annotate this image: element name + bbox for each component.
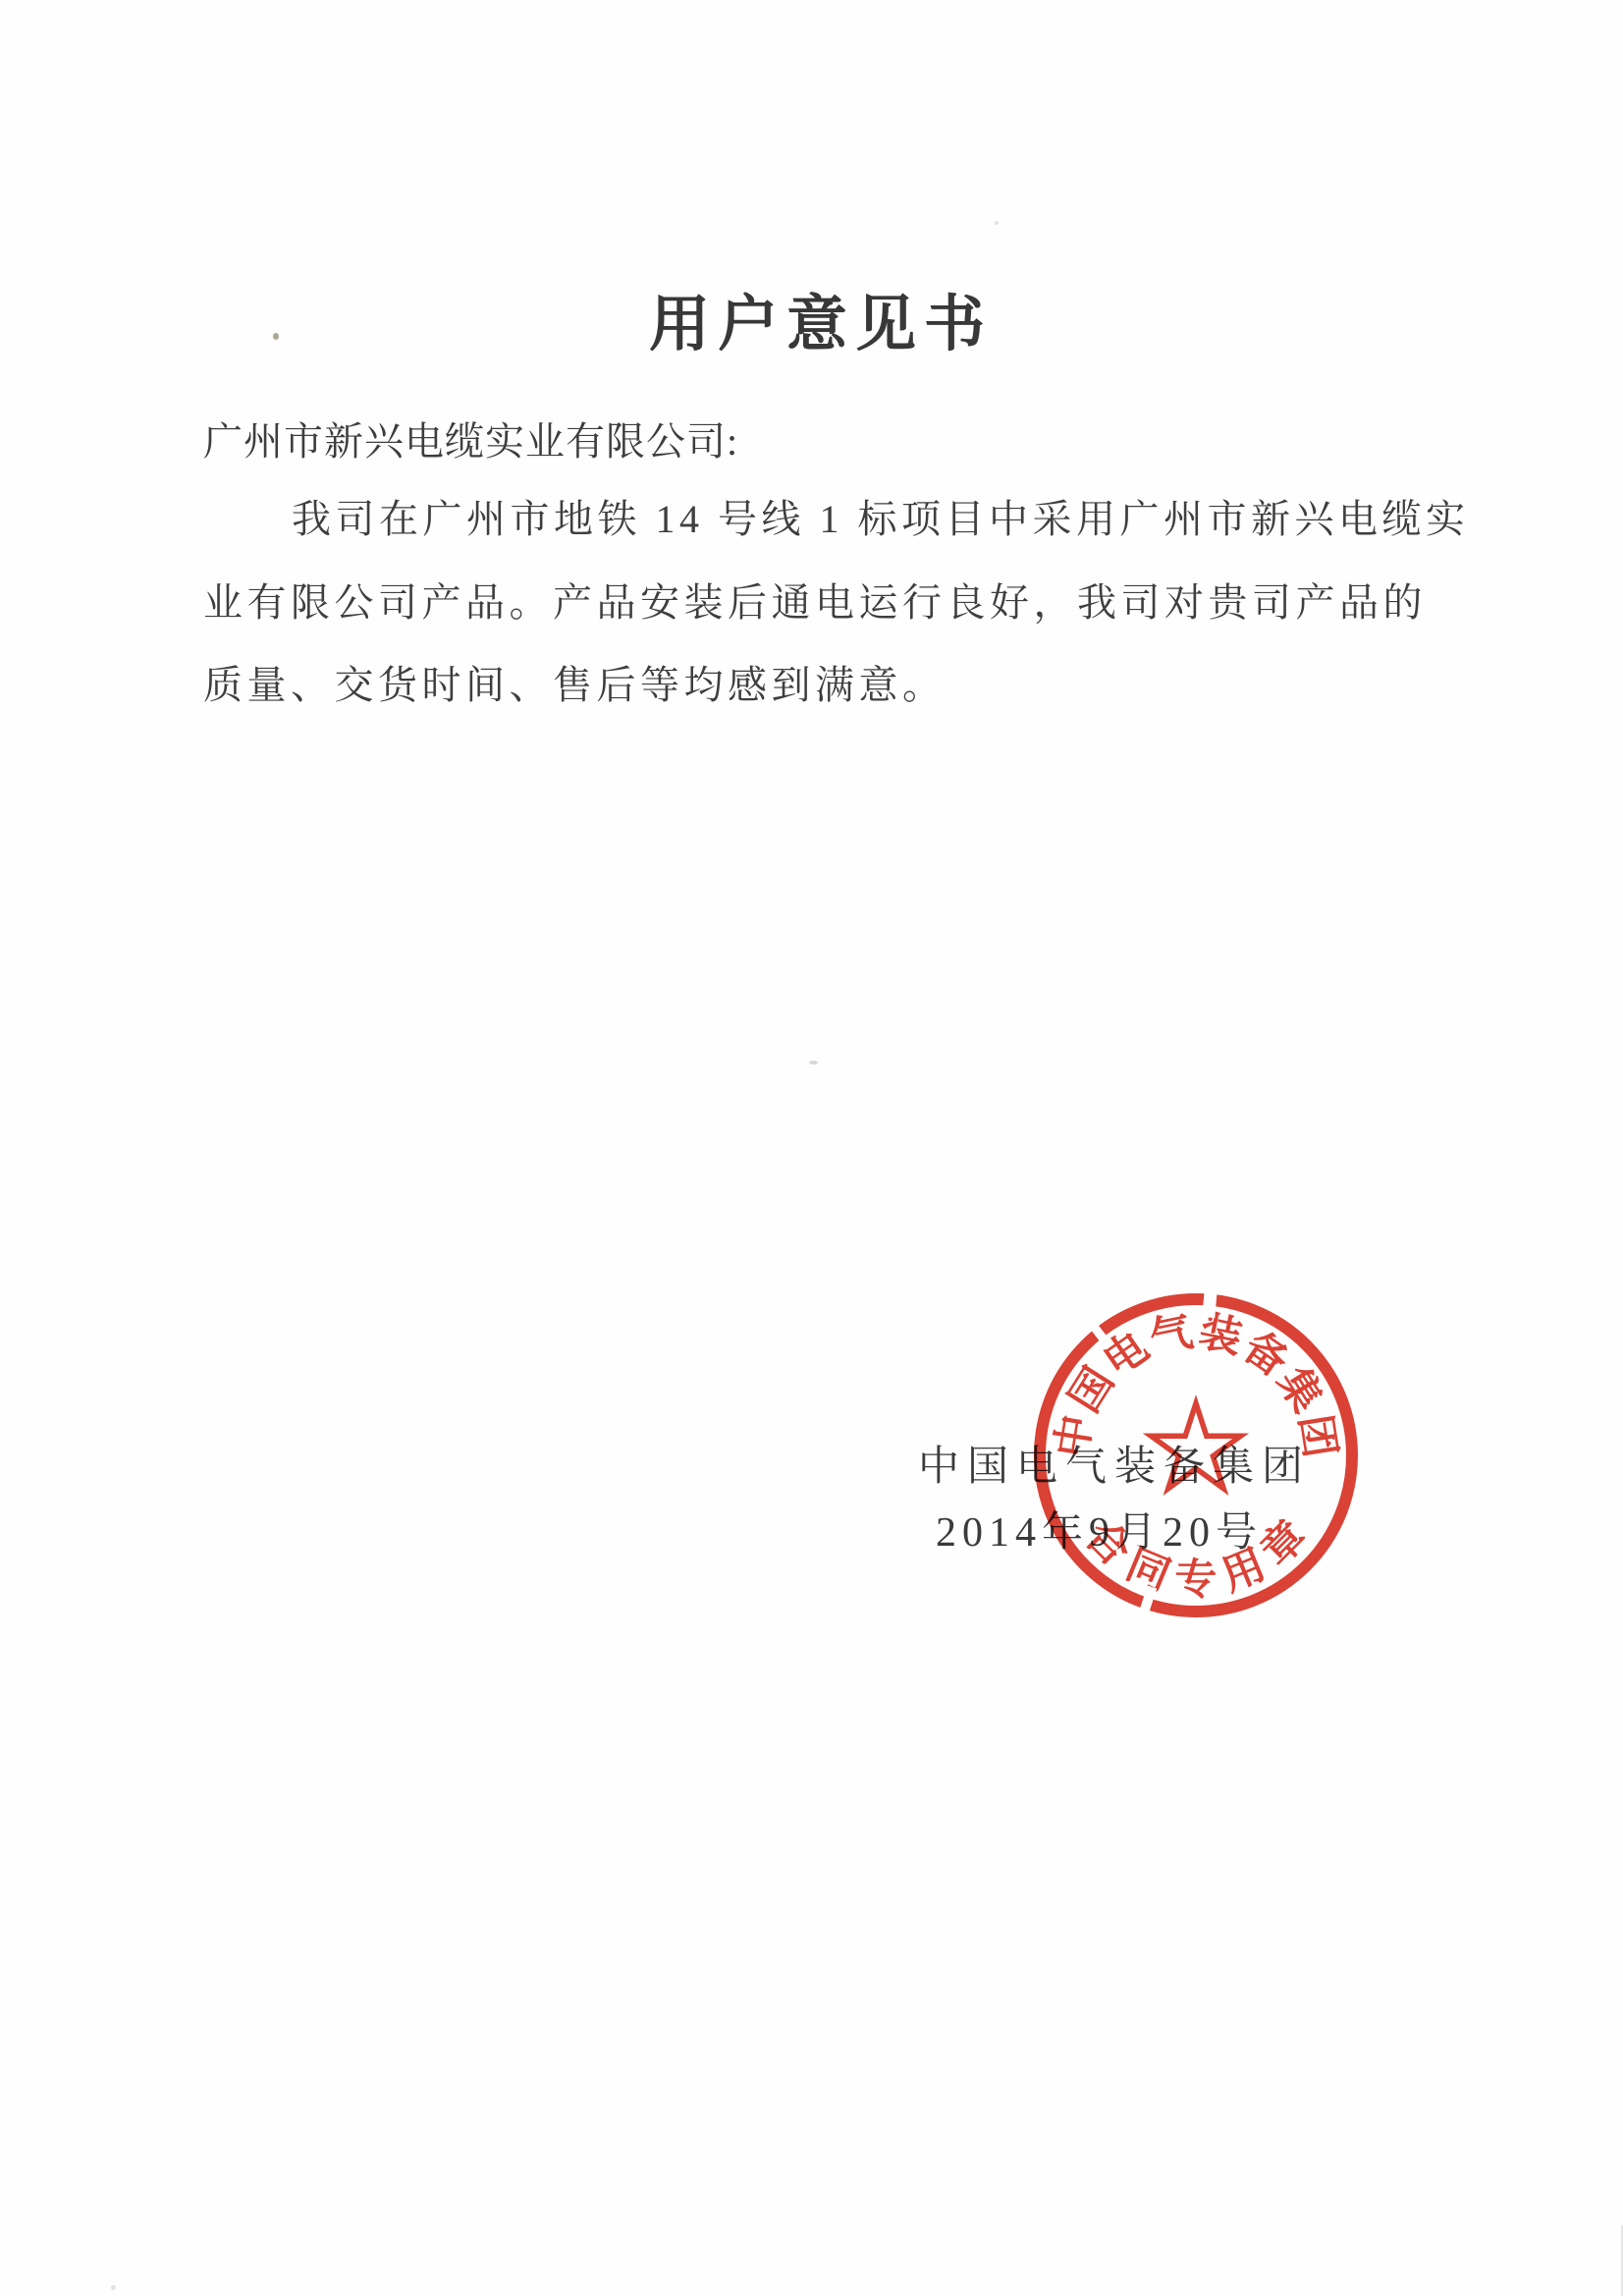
star-icon [1151,1403,1240,1489]
stamp-arc-char: 团 [1290,1410,1342,1462]
company-seal-stamp: 中国电气装备集团 合同专用章 [1000,1259,1392,1652]
scan-speck [273,333,279,340]
scan-speck [809,1061,818,1065]
letter-body: 我司在广州市地铁 14 号线 1 标项目中采用广州市新兴电缆实 业有限公司产品。… [203,499,1470,748]
stamp-arc-char: 专 [1173,1558,1218,1604]
body-line-3: 质量、交货时间、售后等均感到满意。 [203,665,1470,748]
stamp-arc-char: 气 [1145,1309,1198,1362]
scan-speck [995,221,999,225]
scan-speck [111,2285,116,2290]
body-line-2: 业有限公司产品。产品安装后通电运行良好，我司对贵司产品的 [203,582,1470,666]
addressee-line: 广州市新兴电缆实业有限公司: [203,410,738,466]
scanned-letter-page: 用户意见书 广州市新兴电缆实业有限公司: 我司在广州市地铁 14 号线 1 标项… [0,0,1623,2296]
document-title: 用户意见书 [0,275,1623,362]
body-line-1: 我司在广州市地铁 14 号线 1 标项目中采用广州市新兴电缆实 [203,499,1470,582]
